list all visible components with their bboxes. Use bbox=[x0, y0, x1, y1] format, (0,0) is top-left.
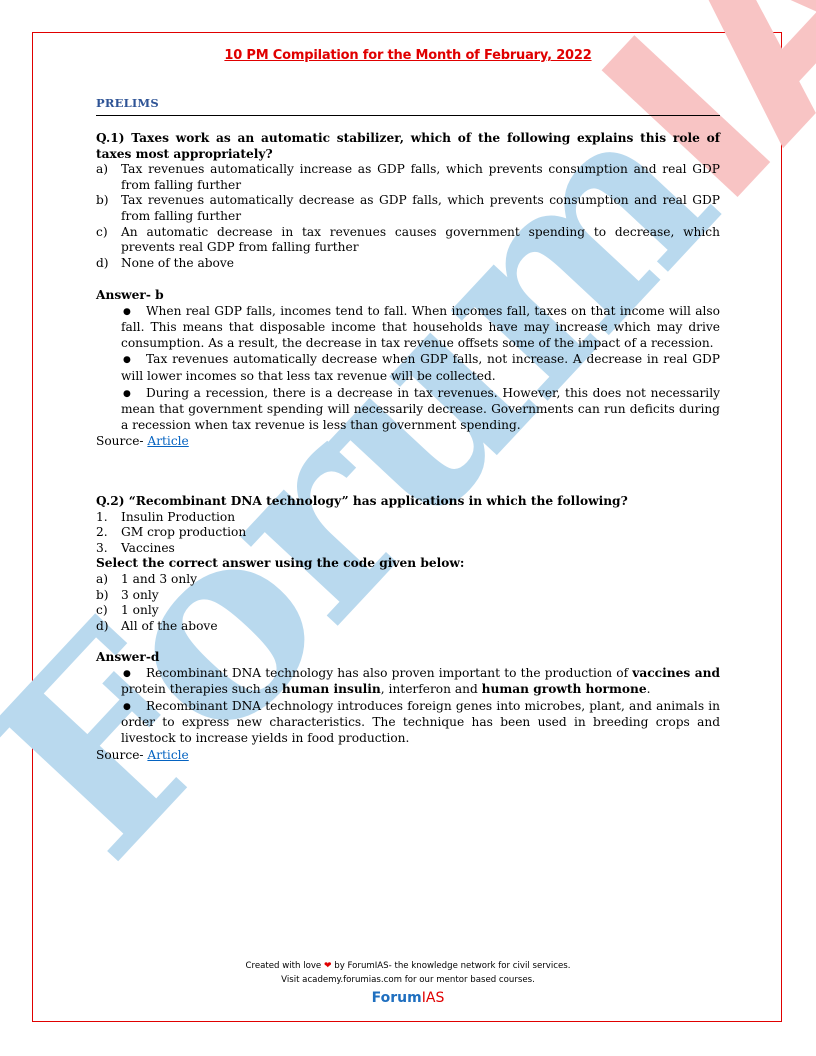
bullet-icon: ● bbox=[121, 700, 146, 716]
answer-1: Answer- b ●When real GDP falls, incomes … bbox=[96, 288, 720, 450]
answer-2-point-1: ●Recombinant DNA technology has also pro… bbox=[121, 666, 720, 698]
answer-1-point-2: ●Tax revenues automatically decrease whe… bbox=[121, 352, 720, 384]
question-1-option-a: a)Tax revenues automatically increase as… bbox=[96, 162, 720, 193]
source-article-link[interactable]: Article bbox=[147, 434, 188, 448]
heart-icon: ❤ bbox=[324, 961, 332, 971]
section-heading: PRELIMS bbox=[96, 96, 720, 116]
bullet-icon: ● bbox=[121, 387, 146, 403]
question-1-option-c: c)An automatic decrease in tax revenues … bbox=[96, 225, 720, 256]
footer-credit-line: Created with love ❤ by ForumIAS- the kno… bbox=[0, 960, 816, 974]
page-footer: Created with love ❤ by ForumIAS- the kno… bbox=[0, 960, 816, 1007]
forumias-logo: ForumIAS bbox=[0, 989, 816, 1007]
bullet-icon: ● bbox=[121, 667, 146, 683]
question-2-title: Q.2) “Recombinant DNA technology” has ap… bbox=[96, 494, 720, 510]
answer-1-source: Source- Article bbox=[96, 434, 720, 450]
answer-1-point-1: ●When real GDP falls, incomes tend to fa… bbox=[121, 304, 720, 352]
answer-2-heading: Answer-d bbox=[96, 650, 720, 666]
question-2-instruction: Select the correct answer using the code… bbox=[96, 556, 720, 572]
question-2-option-a: a)1 and 3 only bbox=[96, 572, 720, 588]
question-2: Q.2) “Recombinant DNA technology” has ap… bbox=[96, 494, 720, 634]
answer-2: Answer-d ●Recombinant DNA technology has… bbox=[96, 650, 720, 763]
footer-visit-line: Visit academy.forumias.com for our mento… bbox=[0, 974, 816, 988]
answer-2-point-2: ●Recombinant DNA technology introduces f… bbox=[121, 699, 720, 747]
answer-1-heading: Answer- b bbox=[96, 288, 720, 304]
question-1-title: Q.1) Taxes work as an automatic stabiliz… bbox=[96, 131, 720, 162]
question-1-option-b: b)Tax revenues automatically decrease as… bbox=[96, 193, 720, 224]
question-2-statement-3: 3.Vaccines bbox=[96, 541, 720, 557]
question-1: Q.1) Taxes work as an automatic stabiliz… bbox=[96, 131, 720, 271]
answer-1-point-3: ●During a recession, there is a decrease… bbox=[121, 386, 720, 434]
document-title: 10 PM Compilation for the Month of Febru… bbox=[96, 48, 720, 64]
answer-2-source: Source- Article bbox=[96, 748, 720, 764]
question-2-option-d: d)All of the above bbox=[96, 619, 720, 635]
bullet-icon: ● bbox=[121, 353, 146, 369]
question-2-option-c: c)1 only bbox=[96, 603, 720, 619]
question-2-statement-1: 1.Insulin Production bbox=[96, 510, 720, 526]
question-2-option-b: b)3 only bbox=[96, 588, 720, 604]
source-article-link[interactable]: Article bbox=[147, 748, 188, 762]
question-2-statement-2: 2.GM crop production bbox=[96, 525, 720, 541]
bullet-icon: ● bbox=[121, 305, 146, 321]
question-1-option-d: d)None of the above bbox=[96, 256, 720, 272]
